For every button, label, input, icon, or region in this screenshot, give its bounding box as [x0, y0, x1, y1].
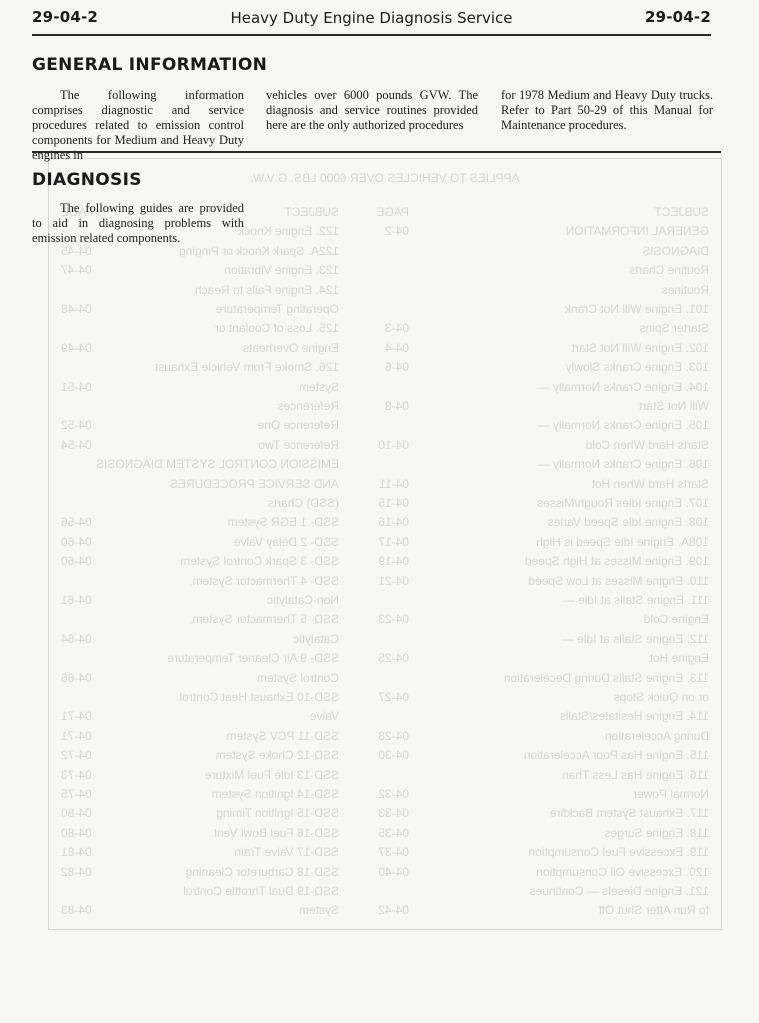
bleed-cell: Operating Temperature [216, 302, 339, 316]
bleed-cell: 120. Excessive Oil Consumption [536, 865, 709, 879]
bleed-cell: 04-51 [61, 380, 92, 394]
bleed-cell: SSD-19 Dual Throttle Control [183, 884, 339, 898]
bleed-cell: 109. Engine Misses at High Speed [525, 554, 709, 568]
bleed-cell: System [299, 380, 339, 394]
bleed-row: Engine Hot04-25SSD- 9 Air Cleaner Temper… [61, 651, 709, 669]
bleed-cell: SSD- 1 EGR System [228, 515, 339, 529]
bleed-row: 108. Engine Idle Speed Varies04-16SSD- 1… [61, 515, 709, 533]
bleed-cell: Valve [310, 709, 339, 723]
bleed-cell: 04-52 [61, 418, 92, 432]
bleed-row: During Acceleration04-28SSD-11 PCV Syste… [61, 729, 709, 747]
bleed-cell: References [278, 399, 339, 413]
bleed-row: Will Not Start04-8References [61, 399, 709, 417]
bleed-cell: 108. Engine Idle Speed Varies [548, 515, 709, 529]
bleed-cell: 04-71 [61, 729, 92, 743]
bleed-cell: SSD-10 Exhaust Heat Control [180, 690, 339, 704]
bleed-cell: 106. Engine Cranks Normally — [538, 457, 709, 471]
bleed-cell: 04-17 [378, 535, 409, 549]
bleed-cell: SSD-16 Fuel Bowl Vent [214, 826, 339, 840]
bleed-row: 117. Exhaust System Backfire04-33SSD-15 … [61, 806, 709, 824]
general-info-text-3: for 1978 Medium and Heavy Duty trucks. R… [501, 88, 713, 133]
diagnosis-column: The following guides are provided to aid… [32, 201, 244, 246]
bleed-cell: 04-54 [61, 438, 92, 452]
bleed-cell: During Acceleration [605, 729, 709, 743]
reverse-side-bleed-through: APPLIES TO VEHICLES OVER 6000 LBS. G.V.W… [48, 158, 722, 930]
bleed-cell: 04-33 [378, 806, 409, 820]
bleed-cell: 04-83 [61, 903, 92, 917]
bleed-row: Starts Hard When Hot04-11AND SERVICE PRO… [61, 477, 709, 495]
bleed-cell: 126. Smoke From Vehicle Exhaust [155, 360, 339, 374]
bleed-cell: 04-23 [378, 612, 409, 626]
bleed-cell: SUBJECT [284, 205, 339, 219]
bleed-cell: 105. Engine Cranks Normally — [538, 418, 709, 432]
bleed-cell: 107. Engine Idles Rough/Misses [537, 496, 709, 510]
bleed-cell: 04-10 [378, 438, 409, 452]
bleed-row: 101. Engine Will Not CrankOperating Temp… [61, 302, 709, 320]
bleed-cell: 122. Engine Knock [238, 224, 339, 238]
bleed-cell: 04-72 [61, 748, 92, 762]
bleed-cell: SSD-17 Valve Train [235, 845, 340, 859]
section-divider [32, 151, 721, 153]
bleed-cell: 113. Engine Stalls During Deceleration [504, 671, 709, 685]
bleed-row: Normal Power04-32SSD-14 Ignition System0… [61, 787, 709, 805]
bleed-cell: 04-15 [378, 496, 409, 510]
bleed-cell: 118. Engine Surges [604, 826, 709, 840]
bleed-cell: PAGE [377, 205, 409, 219]
bleed-row: or on Quick Stops04-27SSD-10 Exhaust Hea… [61, 690, 709, 708]
bleed-cell: Engine Hot [650, 651, 709, 665]
bleed-cell: SSD-13 Idle Fuel Mixture [205, 768, 339, 782]
bleed-cell: 04-48 [61, 302, 92, 316]
bleed-cell: 04-73 [61, 768, 92, 782]
bleed-cell: Reference Two [259, 438, 340, 452]
bleed-row: 115. Engine Has Poor Acceleration04-30SS… [61, 748, 709, 766]
bleed-row: 102. Engine Will Not Start04-4Engine Ove… [61, 341, 709, 359]
bleed-cell: 04-56 [61, 515, 92, 529]
bleed-cell: AND SERVICE PROCEDURES [170, 477, 339, 491]
bleed-row: 118. Engine Surges04-35SSD-16 Fuel Bowl … [61, 826, 709, 844]
bleed-cell: 04-35 [378, 826, 409, 840]
bleed-cell: 04-60 [61, 535, 92, 549]
bleed-cell: 04-4 [385, 341, 409, 355]
bleed-cell: 04-81 [61, 845, 92, 859]
bleed-row: 104. Engine Cranks Normally —System04-51 [61, 380, 709, 398]
bleed-cell: SSD-14 Ignition System [212, 787, 339, 801]
bleed-cell: 04-61 [61, 593, 92, 607]
bleed-cell: (SSD) Charts [268, 496, 339, 510]
bleed-row: to Run After Shut Off04-42System04-83 [61, 903, 709, 921]
bleed-cell: Catalytic [293, 632, 339, 646]
bleed-cell: SSD-12 Choke System [216, 748, 339, 762]
bleed-cell: 04-80 [61, 806, 92, 820]
bleed-row: DIAGNOSIS122A. Spark Knock or Pinging04-… [61, 244, 709, 262]
bleed-row: Starts Hard When Cold04-10Reference Two0… [61, 438, 709, 456]
bleed-cell: EMISSION CONTROL SYSTEM DIAGNOSIS [96, 457, 339, 471]
bleed-cell: 04-49 [61, 341, 92, 355]
bleed-cell: SUBJECT [654, 205, 709, 219]
bleed-cell: 124. Engine Fails to Reach [195, 283, 339, 297]
bleed-cell: System [299, 903, 339, 917]
bleed-row: Engine Cold04-23SSD- 5 Thermactor System… [61, 612, 709, 630]
bleed-cell: 04-6 [385, 360, 409, 374]
page-number-right: 29-04-2 [645, 8, 711, 26]
bleed-cell: 104. Engine Cranks Normally — [538, 380, 709, 394]
bleed-cell: Starts Hard When Hot [592, 477, 709, 491]
bleed-cell: 04-28 [378, 729, 409, 743]
bleed-cell: SSD- 3 Spark Control System [180, 554, 339, 568]
bleed-row: 120. Excessive Oil Consumption04-40SSD-1… [61, 865, 709, 883]
bleed-row: Routines124. Engine Fails to Reach [61, 283, 709, 301]
bleed-cell: Control System [257, 671, 339, 685]
bleed-cell: 04-27 [378, 690, 409, 704]
bleed-row: 110. Engine Misses at Low Speed04-21SSD-… [61, 574, 709, 592]
bleed-cell: 04-42 [378, 903, 409, 917]
bleed-row: 112. Engine Stalls at Idle —Catalytic04-… [61, 632, 709, 650]
bleed-cell: 04-37 [378, 845, 409, 859]
bleed-cell: SSD- 2 Delay Valve [234, 535, 339, 549]
bleed-cell: GENERAL INFORMATION [566, 224, 709, 238]
bleed-cell: 04-47 [61, 263, 92, 277]
bleed-cell: 117. Exhaust System Backfire [550, 806, 709, 820]
bleed-cell: 04-25 [378, 651, 409, 665]
bleed-cell: SSD-18 Carburetor Cleaning [186, 865, 339, 879]
manual-page: APPLIES TO VEHICLES OVER 6000 LBS. G.V.W… [0, 0, 759, 1023]
bleed-cell: SSD-11 PCV System [227, 729, 339, 743]
bleed-cell: 102. Engine Will Not Start [572, 341, 709, 355]
bleed-row: 113. Engine Stalls During DecelerationCo… [61, 671, 709, 689]
diagnosis-heading: DIAGNOSIS [32, 170, 142, 190]
bleed-cell: 125. Loss of Coolant or [215, 321, 339, 335]
bleed-cell: 04-16 [378, 515, 409, 529]
bleed-cell: Will Not Start [639, 399, 709, 413]
bleed-row: 108A. Engine Idle Speed is High04-17SSD-… [61, 535, 709, 553]
bleed-cell: 04-3 [385, 321, 409, 335]
bleed-row: 105. Engine Cranks Normally —Reference O… [61, 418, 709, 436]
bleed-cell: 101. Engine Will Not Crank [565, 302, 709, 316]
bleed-row: 109. Engine Misses at High Speed04-19SSD… [61, 554, 709, 572]
bleed-cell: 04-30 [378, 748, 409, 762]
bleed-cell: 04-60 [61, 554, 92, 568]
bleed-cell: SSD- 9 Air Cleaner Temperature [167, 651, 339, 665]
general-info-text-2: vehicles over 6000 pounds GVW. The diagn… [266, 88, 478, 133]
bleed-cell: 04-19 [378, 554, 409, 568]
bleed-cell: 114. Engine Hesitates/Stalls [560, 709, 709, 723]
bleed-row: Starter Spins04-3125. Loss of Coolant or [61, 321, 709, 339]
bleed-cell: SSD- 5 Thermactor System, [189, 612, 339, 626]
bleed-cell: Non-Catalytic [267, 593, 339, 607]
bleed-cell: 110. Engine Misses at Low Speed [528, 574, 709, 588]
bleed-row: Routine Charts123. Engine Vibration04-47 [61, 263, 709, 281]
bleed-cell: 115. Engine Has Poor Acceleration [524, 748, 709, 762]
bleed-cell: Routines [662, 283, 709, 297]
bleed-cell: 116. Engine Has Less Than [562, 768, 709, 782]
bleed-cell: 04-75 [61, 787, 92, 801]
bleed-cell: or on Quick Stops [614, 690, 709, 704]
header-title: Heavy Duty Engine Diagnosis Service [32, 9, 711, 27]
bleed-cell: 04-40 [378, 865, 409, 879]
bleed-cell: 112. Engine Stalls at Idle — [562, 632, 709, 646]
running-header: 29-04-2 Heavy Duty Engine Diagnosis Serv… [32, 8, 711, 36]
bleed-cell: Reference One [258, 418, 339, 432]
bleed-row: 111. Engine Stalls at Idle —Non-Catalyti… [61, 593, 709, 611]
bleed-cell: DIAGNOSIS [642, 244, 709, 258]
bleed-row: 119. Excessive Fuel Consumption04-37SSD-… [61, 845, 709, 863]
bleed-cell: SSD- 4 Thermactor System, [189, 574, 339, 588]
bleed-cell: Starts Hard When Cold [586, 438, 709, 452]
bleed-row: 103. Engine Cranks Slowly04-6126. Smoke … [61, 360, 709, 378]
bleed-title: APPLIES TO VEHICLES OVER 6000 LBS. G.V.W… [49, 171, 721, 185]
bleed-cell: 04-71 [61, 709, 92, 723]
general-info-column-2: vehicles over 6000 pounds GVW. The diagn… [266, 88, 478, 133]
bleed-cell: 121. Engine Diesels — Continues [530, 884, 709, 898]
bleed-cell: Engine Cold [644, 612, 709, 626]
bleed-cell: 103. Engine Cranks Slowly [566, 360, 709, 374]
bleed-cell: 04-32 [378, 787, 409, 801]
bleed-cell: 04-66 [61, 671, 92, 685]
bleed-cell: 04-80 [61, 826, 92, 840]
bleed-cell: 04-8 [385, 399, 409, 413]
bleed-row: 114. Engine Hesitates/StallsValve04-71 [61, 709, 709, 727]
bleed-row: 106. Engine Cranks Normally —EMISSION CO… [61, 457, 709, 475]
bleed-cell: Routine Charts [629, 263, 709, 277]
bleed-cell: SSD-15 Ignition Timing [216, 806, 339, 820]
bleed-cell: 04-11 [379, 477, 409, 491]
bleed-row: 121. Engine Diesels — ContinuesSSD-19 Du… [61, 884, 709, 902]
bleed-cell: Starter Spins [640, 321, 709, 335]
bleed-row: 107. Engine Idles Rough/Misses04-15(SSD)… [61, 496, 709, 514]
bleed-row: 116. Engine Has Less ThanSSD-13 Idle Fue… [61, 768, 709, 786]
bleed-cell: 04-64 [61, 632, 92, 646]
bleed-cell: Normal Power [633, 787, 709, 801]
bleed-cell: 123. Engine Vibration [224, 263, 339, 277]
bleed-cell: 04-82 [61, 865, 92, 879]
bleed-cell: 04-21 [378, 574, 409, 588]
bleed-cell: 108A. Engine Idle Speed is High [536, 535, 709, 549]
bleed-cell: to Run After Shut Off [598, 903, 709, 917]
bleed-cell: 119. Excessive Fuel Consumption [528, 845, 709, 859]
general-information-heading: GENERAL INFORMATION [32, 55, 267, 75]
bleed-cell: 111. Engine Stalls at Idle — [563, 593, 709, 607]
general-info-column-3: for 1978 Medium and Heavy Duty trucks. R… [501, 88, 713, 133]
diagnosis-text: The following guides are provided to aid… [32, 201, 244, 246]
bleed-cell: Engine Overheats [243, 341, 339, 355]
bleed-cell: 04-2 [385, 224, 409, 238]
